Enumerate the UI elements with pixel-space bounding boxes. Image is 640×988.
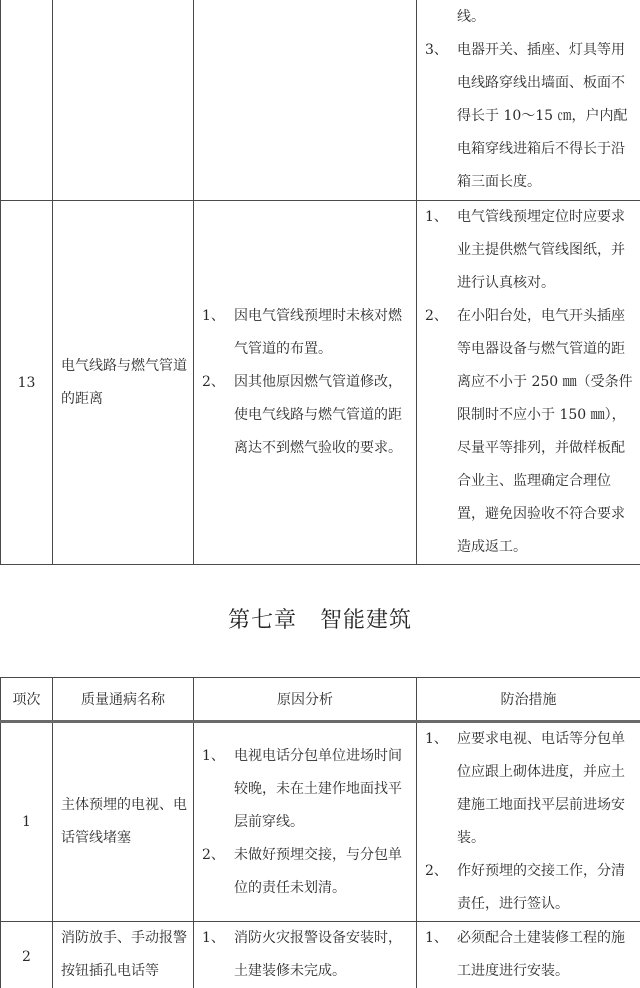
cause-analysis-cell bbox=[194, 0, 417, 201]
quality-defects-table-continued: 线。 3、电器开关、插座、灯具等用电线路穿线出墙面、板面不得长于 10～15 ㎝… bbox=[0, 0, 640, 565]
list-item: 2、在小阳台处，电气开头插座等电器设备与燃气管道的距离应不小于 250 ㎜（受条… bbox=[425, 300, 634, 564]
cause-analysis-cell: 1、消防火灾报警设备安装时，土建装修未完成。 bbox=[194, 922, 417, 988]
prevention-measures-cell: 1、电气管线预埋定位时应要求业主提供燃气管线图纸，并进行认真核对。 2、在小阳台… bbox=[417, 201, 640, 565]
list-item: 1、消防火灾报警设备安装时，土建装修未完成。 bbox=[202, 922, 410, 988]
list-item: 2、作好预埋的交接工作，分清责任，进行签认。 bbox=[425, 855, 634, 921]
list-item: 1、应要求电视、电话等分包单位应跟上砌体进度，并应土建施工地面找平层前进场安装。 bbox=[425, 723, 634, 855]
defect-name-cell: 消防放手、手动报警按钮插孔电话等 bbox=[53, 922, 194, 988]
defect-name-cell: 主体预埋的电视、电话管线堵塞 bbox=[53, 722, 194, 922]
defect-name-cell bbox=[53, 0, 194, 201]
list-item: 1、电视电话分包单位进场时间较晚，未在土建作地面找平层前穿线。 bbox=[202, 740, 410, 839]
header-cause-analysis: 原因分析 bbox=[194, 678, 417, 722]
cause-analysis-cell: 1、电视电话分包单位进场时间较晚，未在土建作地面找平层前穿线。 2、未做好预埋交… bbox=[194, 722, 417, 922]
list-item: 2、未做好预埋交接，与分包单位的责任未划清。 bbox=[202, 839, 410, 905]
list-item: 1、因电气管线预埋时未核对燃气管道的布置。 bbox=[202, 300, 410, 366]
prevention-measures-cell: 1、必须配合土建装修工程的施工进度进行安装。 bbox=[417, 922, 640, 988]
cause-analysis-cell: 1、因电气管线预埋时未核对燃气管道的布置。 2、因其他原因燃气管道修改，使电气线… bbox=[194, 201, 417, 565]
table-row: 13 电气线路与燃气管道的距离 1、因电气管线预埋时未核对燃气管道的布置。 2、… bbox=[1, 201, 640, 565]
list-item: 线。 bbox=[425, 1, 634, 34]
table-row: 2 消防放手、手动报警按钮插孔电话等 1、消防火灾报警设备安装时，土建装修未完成… bbox=[1, 922, 640, 988]
list-item: 1、必须配合土建装修工程的施工进度进行安装。 bbox=[425, 922, 634, 988]
item-number-cell: 13 bbox=[1, 201, 53, 565]
item-number-cell: 2 bbox=[1, 922, 53, 988]
intelligent-building-defects-table: 项次 质量通病名称 原因分析 防治措施 1 主体预埋的电视、电话管线堵塞 1、电… bbox=[0, 677, 640, 988]
chapter-title: 第七章 智能建筑 bbox=[0, 603, 640, 634]
list-item: 1、电气管线预埋定位时应要求业主提供燃气管线图纸，并进行认真核对。 bbox=[425, 201, 634, 300]
prevention-measures-cell: 线。 3、电器开关、插座、灯具等用电线路穿线出墙面、板面不得长于 10～15 ㎝… bbox=[417, 0, 640, 201]
list-item: 3、电器开关、插座、灯具等用电线路穿线出墙面、板面不得长于 10～15 ㎝，户内… bbox=[425, 34, 634, 199]
table-row: 1 主体预埋的电视、电话管线堵塞 1、电视电话分包单位进场时间较晚，未在土建作地… bbox=[1, 722, 640, 922]
header-defect-name: 质量通病名称 bbox=[53, 678, 194, 722]
table-header-row: 项次 质量通病名称 原因分析 防治措施 bbox=[1, 678, 640, 722]
table-row: 线。 3、电器开关、插座、灯具等用电线路穿线出墙面、板面不得长于 10～15 ㎝… bbox=[1, 0, 640, 201]
list-item: 2、因其他原因燃气管道修改，使电气线路与燃气管道的距离达不到燃气验收的要求。 bbox=[202, 366, 410, 465]
defect-name-cell: 电气线路与燃气管道的距离 bbox=[53, 201, 194, 565]
header-prevention-measures: 防治措施 bbox=[417, 678, 640, 722]
item-number-cell: 1 bbox=[1, 722, 53, 922]
header-item-number: 项次 bbox=[1, 678, 53, 722]
item-number-cell bbox=[1, 0, 53, 201]
prevention-measures-cell: 1、应要求电视、电话等分包单位应跟上砌体进度，并应土建施工地面找平层前进场安装。… bbox=[417, 722, 640, 922]
